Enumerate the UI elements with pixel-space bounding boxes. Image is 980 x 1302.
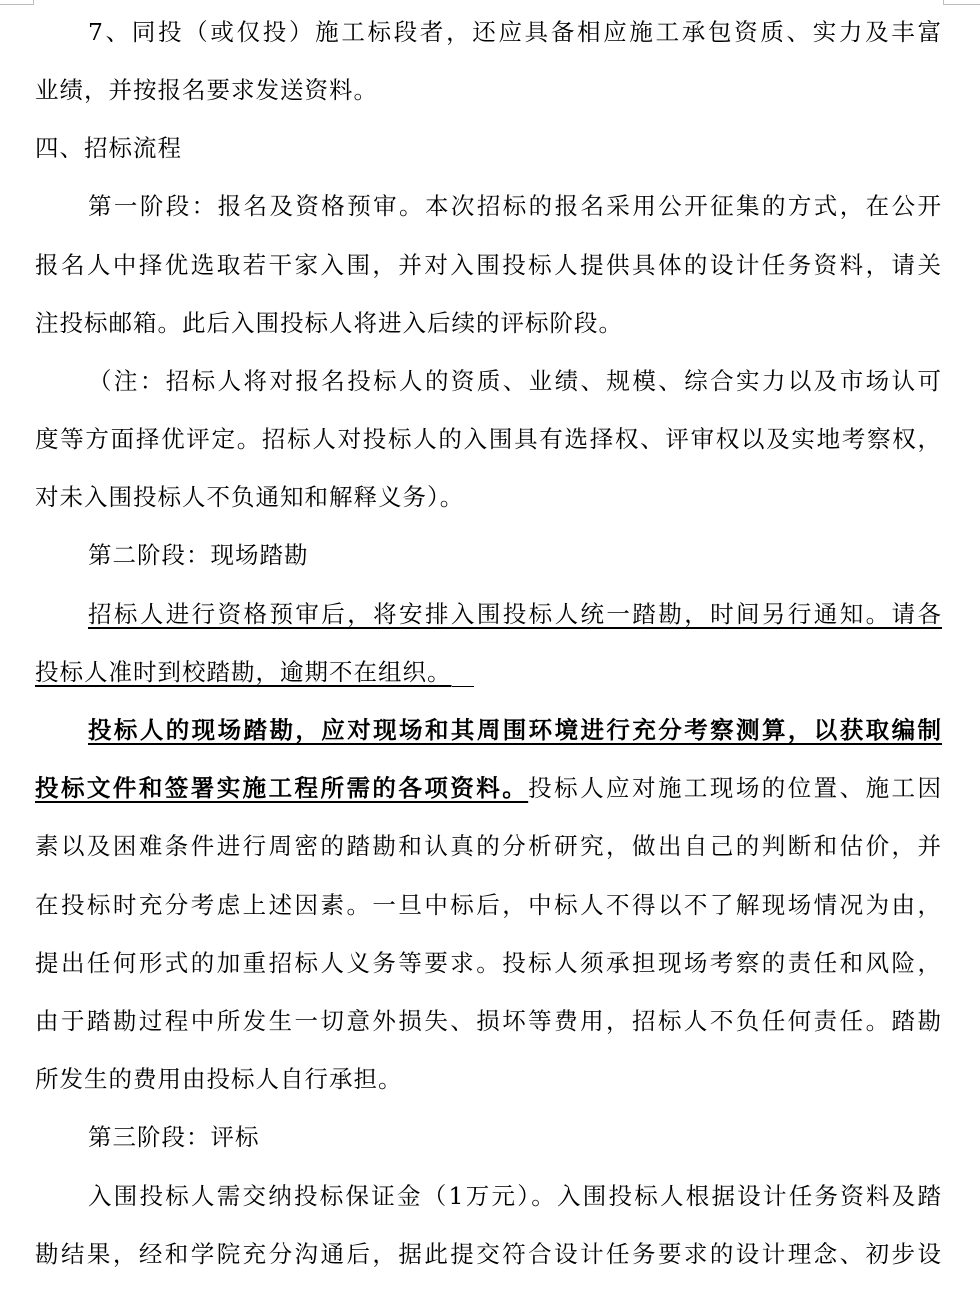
stage2-emphasis-line-2: 投标文件和签署实施工程所需的各项资料。 <box>35 774 528 802</box>
item7-line-1: 7、同投（或仅投）施工标段者，还应具备相应施工承包资质、实力及丰富 <box>88 17 942 47</box>
stage2-notice-line-2: 投标人准时到校踏勘，逾期不在组织。 <box>35 657 474 687</box>
stage3-body-line-1: 入围投标人需交纳投标保证金（1万元）。入围投标人根据设计任务资料及踏 <box>88 1181 942 1211</box>
stage3-body-line-2: 勘结果，经和学院充分沟通后，据此提交符合设计任务要求的设计理念、初步设 <box>35 1239 942 1269</box>
stage2-detail-line-7: 所发生的费用由投标人自行承担。 <box>35 1064 403 1094</box>
stage2-heading: 第二阶段：现场踏勘 <box>88 540 309 570</box>
stage2-notice-line-1: 招标人进行资格预审后，将安排入围投标人统一踏勘，时间另行通知。请各 <box>88 599 942 629</box>
stage2-detail-line-2-rest: 投标人应对施工现场的位置、施工因 <box>528 774 942 802</box>
section-heading: 四、招标流程 <box>35 133 182 163</box>
stage2-detail-line-6: 由于踏勘过程中所发生一切意外损失、损坏等费用，招标人不负任何责任。踏勘 <box>35 1006 942 1036</box>
stage1-note-line-3: 对未入围投标人不负通知和解释义务）。 <box>35 482 464 512</box>
crop-mark-top-left <box>0 0 34 5</box>
stage2-detail-line-4: 在投标时充分考虑上述因素。一旦中标后，中标人不得以不了解现场情况为由， <box>35 890 942 920</box>
stage2-detail-line-5: 提出任何形式的加重招标人义务等要求。投标人须承担现场考察的责任和风险， <box>35 948 942 978</box>
underline-trailing-space <box>452 657 474 687</box>
stage1-note-line-1: （注：招标人将对报名投标人的资质、业绩、规模、综合实力以及市场认可 <box>88 366 942 396</box>
item7-line-2: 业绩，并按报名要求发送资料。 <box>35 75 378 105</box>
stage3-heading: 第三阶段：评标 <box>88 1122 260 1152</box>
stage2-detail-line-3: 素以及困难条件进行周密的踏勘和认真的分析研究，做出自己的判断和估价，并 <box>35 831 942 861</box>
stage2-emphasis-line-1: 投标人的现场踏勘，应对现场和其周围环境进行充分考察测算，以获取编制 <box>88 715 942 745</box>
stage1-note-line-2: 度等方面择优评定。招标人对投标人的入围具有选择权、评审权以及实地考察权， <box>35 424 942 454</box>
stage1-line-1: 第一阶段：报名及资格预审。本次招标的报名采用公开征集的方式，在公开 <box>88 191 942 221</box>
stage2-notice-line-2-text: 投标人准时到校踏勘，逾期不在组织。 <box>35 658 452 686</box>
crop-mark-top-right <box>943 0 980 5</box>
stage1-line-2: 报名人中择优选取若干家入围，并对入围投标人提供具体的设计任务资料，请关 <box>35 250 942 280</box>
stage1-line-3: 注投标邮箱。此后入围投标人将进入后续的评标阶段。 <box>35 308 623 338</box>
stage2-detail-line-2: 投标文件和签署实施工程所需的各项资料。投标人应对施工现场的位置、施工因 <box>35 773 942 803</box>
